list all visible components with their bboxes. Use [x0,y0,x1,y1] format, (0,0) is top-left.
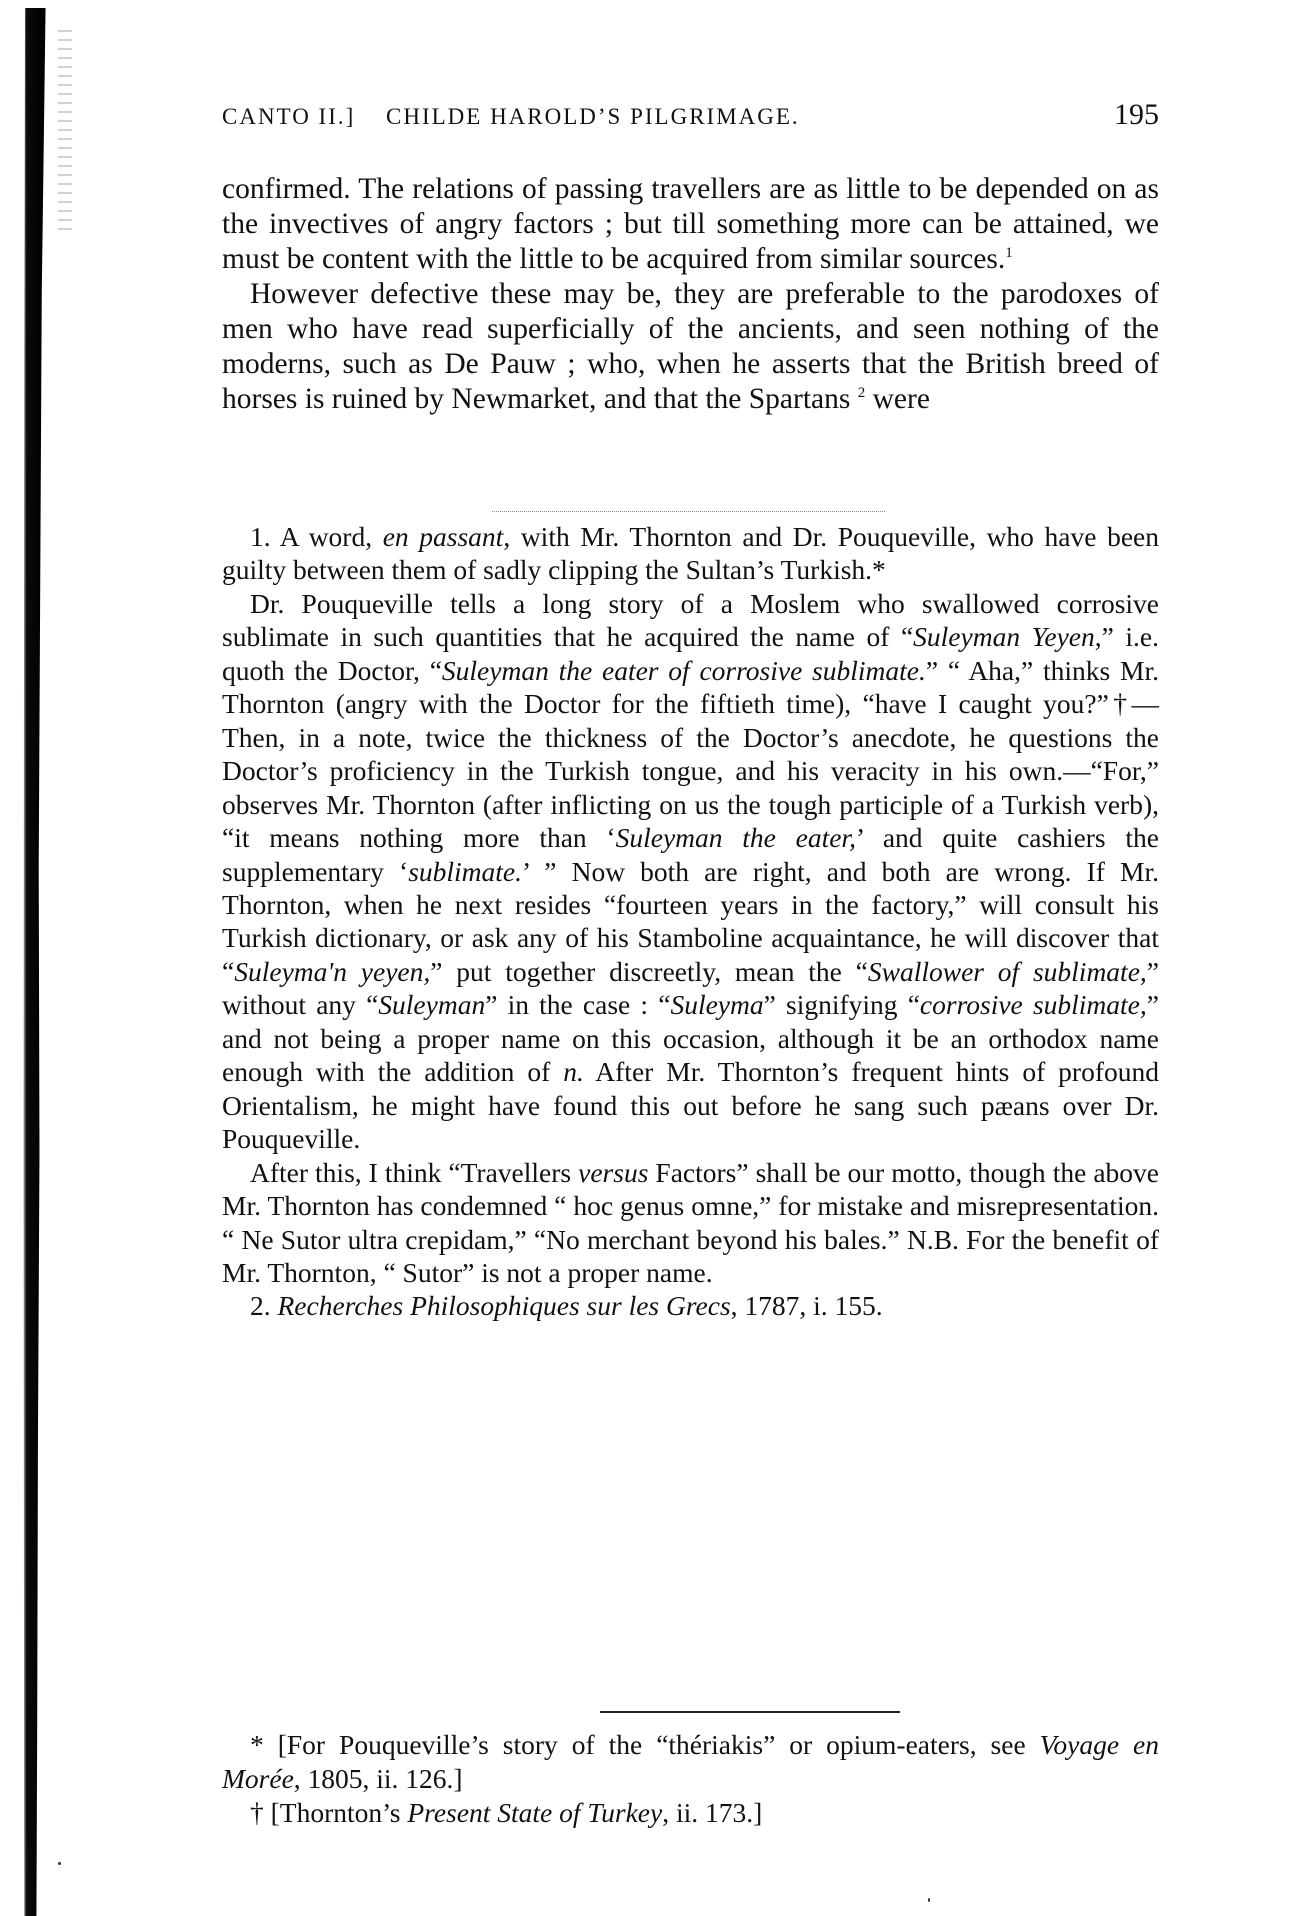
editorial-notes-separator [600,1711,900,1713]
footnote-1-para-2: Dr. Pouqueville tells a long story of a … [222,587,1159,1156]
page-number: 195 [1114,98,1159,132]
editorial-note-star: * [For Pouqueville’s story of the “théri… [222,1728,1159,1796]
footnote-separator [492,511,885,512]
footnotes: 1. A word, en passant, with Mr. Thornton… [222,520,1159,1323]
footnote-ref-1: 1 [1005,245,1013,261]
editorial-notes: * [For Pouqueville’s story of the “théri… [222,1728,1159,1830]
scan-speck [928,1898,930,1902]
footnote-1-para-1: 1. A word, en passant, with Mr. Thornton… [222,520,1159,587]
canto-label: CANTO II.] [222,104,355,130]
main-text: confirmed. The relations of passing trav… [222,172,1159,417]
footnote-1-para-3: After this, I think “Travellers versus F… [222,1156,1159,1290]
scan-speck [58,1862,61,1865]
editorial-note-dagger: † [Thornton’s Present State of Turkey, i… [222,1796,1159,1830]
paragraph-1: confirmed. The relations of passing trav… [222,172,1159,277]
footnote-2: 2. Recherches Philosophiques sur les Gre… [222,1289,1159,1322]
book-title: CHILDE HAROLD’S PILGRIMAGE. [386,104,800,130]
running-head: CANTO II.] CHILDE HAROLD’S PILGRIMAGE. 1… [222,98,1159,138]
paragraph-2: However defective these may be, they are… [222,277,1159,417]
book-binding-gutter [22,8,60,1916]
gutter-shadow [58,30,72,230]
